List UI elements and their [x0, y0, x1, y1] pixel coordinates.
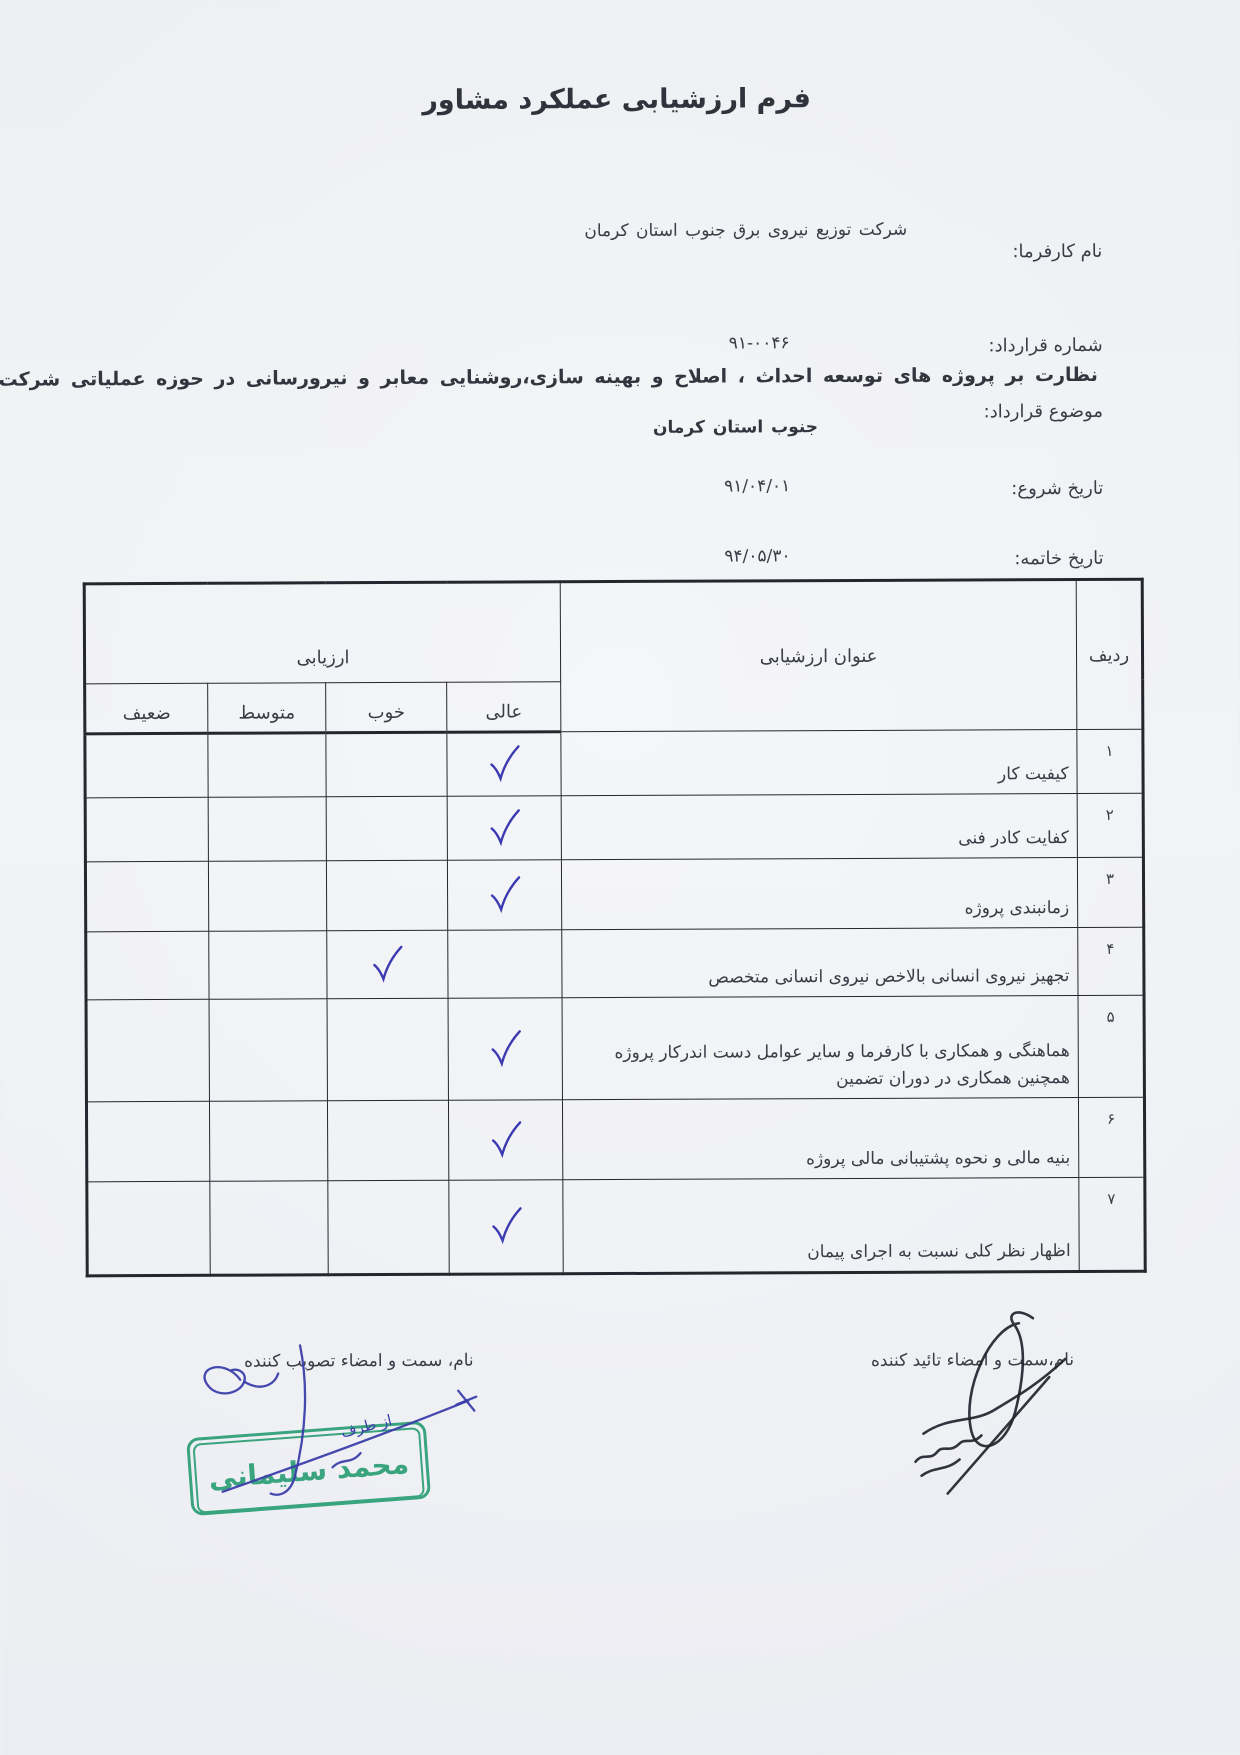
table-row: ۶بنیه مالی و نحوه پشتیبانی مالی پروژه — [86, 1097, 1144, 1182]
rating-cell-checked — [327, 930, 448, 999]
end-date-value: ۹۴/۰۵/۳۰ — [724, 546, 790, 566]
rating-cell-empty — [85, 861, 208, 932]
rating-cell-empty — [326, 860, 447, 931]
rating-cell-empty — [87, 1181, 210, 1276]
rating-cell-empty — [210, 1101, 328, 1182]
rating-cell-empty — [86, 999, 209, 1102]
start-date-label: تاریخ شروع: — [1011, 478, 1103, 499]
table-row: ۴تجهیز نیروی انسانی بالاخص نیروی انسانی … — [86, 927, 1144, 1000]
rating-group-header: ارزیابی — [84, 582, 560, 684]
rating-cell-checked — [447, 860, 561, 930]
checkmark-icon — [489, 1205, 523, 1247]
row-number-cell: ۷ — [1079, 1177, 1145, 1271]
end-date-label: تاریخ خاتمه: — [1014, 548, 1103, 569]
rating-cell-empty — [328, 1100, 449, 1181]
checkmark-icon — [488, 1028, 522, 1070]
scanned-page: فرم ارزشیابی عملکرد مشاور نام کارفرما: ش… — [0, 0, 1240, 1755]
table-row: ۲کفایت کادر فنی — [85, 793, 1143, 862]
row-number-cell: ۱ — [1077, 729, 1143, 793]
start-date-value: ۹۱/۰۴/۰۱ — [724, 476, 790, 496]
rating-cell-empty — [86, 1101, 209, 1182]
employer-label: نام کارفرما: — [1012, 241, 1102, 262]
contract-subject-label: موضوع قرارداد: — [984, 401, 1103, 423]
contract-subject-line1: نظارت بر پروژه های توسعه احداث ، اصلاح و… — [93, 364, 1098, 390]
rating-cell-empty — [210, 1181, 328, 1276]
table-row: ۷اظهار نظر کلی نسبت به اجرای پیمان — [87, 1177, 1145, 1276]
criterion-title-cell: بنیه مالی و نحوه پشتیبانی مالی پروژه — [563, 1098, 1079, 1180]
checkmark-icon — [488, 874, 522, 916]
rating-cell-empty — [328, 1180, 449, 1275]
criterion-title-cell: تجهیز نیروی انسانی بالاخص نیروی انسانی م… — [562, 928, 1078, 998]
contract-subject-line2: جنوب استان کرمان — [653, 417, 818, 438]
ratifier-signature — [182, 1339, 493, 1505]
rating-cell-checked — [447, 732, 561, 796]
rating-header-excellent: عالی — [447, 682, 561, 732]
criterion-title-cell: زمانبندی پروژه — [561, 858, 1077, 930]
scanned-evaluation-form: { "page": { "title": "فرم ارزشیابی عملکر… — [0, 0, 1240, 1755]
table-row: ۱کیفیت کار — [85, 729, 1143, 798]
contract-number-label: شماره قرارداد: — [988, 335, 1102, 356]
rating-header-weak: ضعیف — [85, 683, 208, 734]
criterion-title-cell: هماهنگی و همکاری با کارفرما و سایر عوامل… — [562, 996, 1078, 1100]
criterion-title-cell: کیفیت کار — [561, 730, 1077, 796]
table-row: ۵هماهنگی و همکاری با کارفرما و سایر عوام… — [86, 995, 1144, 1102]
rating-cell-checked — [449, 1100, 563, 1180]
rating-cell-empty — [209, 999, 327, 1102]
checkmark-icon — [487, 807, 521, 849]
rating-cell-empty — [208, 861, 326, 932]
employer-value: شرکت توزیع نیروی برق جنوب استان کرمان — [584, 220, 907, 241]
rating-cell-empty — [208, 733, 326, 798]
rating-cell-empty — [85, 733, 208, 798]
row-number-cell: ۳ — [1077, 857, 1143, 927]
row-number-column-header: ردیف — [1076, 579, 1143, 729]
rating-cell-empty — [86, 931, 209, 1000]
rating-header-good: خوب — [326, 682, 447, 733]
rating-header-average: متوسط — [208, 683, 326, 734]
criterion-title-cell: کفایت کادر فنی — [561, 794, 1077, 860]
rating-cell-empty — [326, 796, 447, 861]
checkmark-icon — [487, 743, 521, 785]
rating-cell-checked — [449, 1180, 563, 1274]
row-number-cell: ۵ — [1078, 995, 1144, 1097]
rating-cell-empty — [208, 797, 326, 862]
rating-cell-empty — [85, 797, 208, 862]
rating-cell-checked — [448, 998, 562, 1100]
row-number-cell: ۲ — [1077, 793, 1143, 857]
evaluation-table: ردیف عنوان ارزشیابی ارزیابی عالی خوب متو… — [83, 578, 1147, 1278]
contract-number-value: ۹۱-۰۰۴۶ — [729, 333, 790, 353]
checkmark-icon — [370, 943, 404, 985]
table-header-row-1: ردیف عنوان ارزشیابی ارزیابی — [84, 579, 1142, 684]
rating-cell-empty — [448, 930, 562, 998]
criterion-column-header: عنوان ارزشیابی — [560, 580, 1077, 732]
approver-signature — [887, 1293, 1088, 1499]
rating-cell-empty — [326, 732, 447, 797]
table-row: ۳زمانبندی پروژه — [85, 857, 1143, 932]
row-number-cell: ۴ — [1078, 927, 1144, 995]
page-title: فرم ارزشیابی عملکرد مشاور — [0, 81, 1237, 117]
checkmark-icon — [489, 1119, 523, 1161]
rating-cell-empty — [327, 998, 448, 1101]
row-number-cell: ۶ — [1078, 1097, 1144, 1177]
rating-cell-checked — [447, 796, 561, 860]
criterion-title-cell: اظهار نظر کلی نسبت به اجرای پیمان — [563, 1178, 1079, 1274]
rating-cell-empty — [209, 931, 327, 1000]
